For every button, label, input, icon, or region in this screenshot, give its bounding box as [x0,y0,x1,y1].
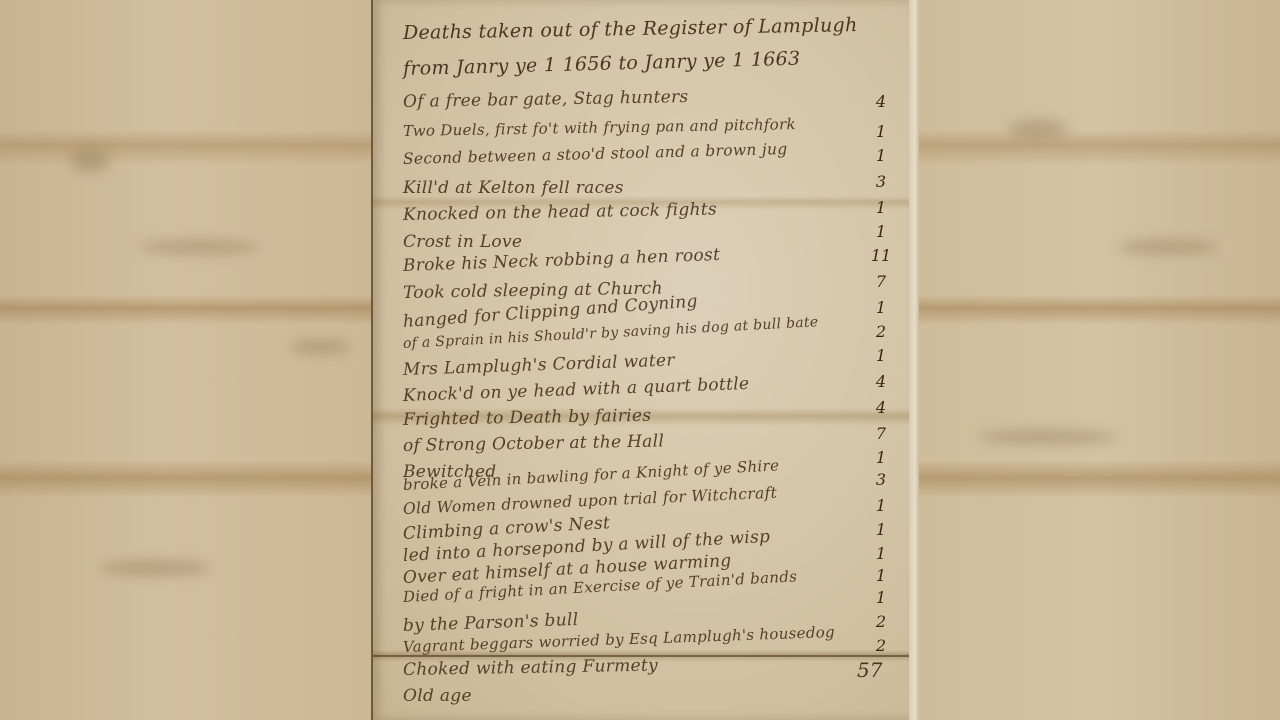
entry-text: Old age [403,686,472,706]
entry-count: 1 [869,496,893,515]
entry-count: 1 [869,146,893,165]
blur-smudge [1118,240,1218,254]
blur-smudge [100,560,210,576]
entry-text: Kill'd at Kelton fell races [403,178,624,198]
entry-count: 4 [869,92,893,111]
entry-text: Frighted to Death by fairies [403,406,652,430]
entry-count: 1 [869,588,893,607]
entry-count: 4 [869,372,893,391]
blurred-background-left [0,0,372,720]
blur-smudge [978,430,1118,444]
manuscript-page: Deaths taken out of the Register of Lamp… [371,0,911,720]
entry-text: Mrs Lamplugh's Cordial water [403,351,675,380]
blur-smudge [290,340,350,354]
entry-text: Second between a stoo'd stool and a brow… [403,140,788,168]
entry-text: of Strong October at the Hall [403,431,664,456]
entry-count: 4 [869,398,893,417]
entry-text: Choked with eating Furmety [403,656,658,680]
blur-smudge [140,240,260,254]
entry-count: 1 [869,448,893,467]
entry-count: 2 [869,322,893,341]
entry-count: 11 [869,246,893,265]
entry-count: 3 [869,172,893,191]
entry-count: 2 [869,636,893,655]
blur-smudge [1008,120,1068,138]
entry-count: 1 [869,222,893,241]
entry-count: 1 [869,298,893,317]
entry-count: 3 [869,470,893,489]
blur-smudge [70,150,110,172]
manuscript-edge [909,0,919,720]
total-count: 57 [857,658,882,682]
entry-count: 7 [869,424,893,443]
entry-text: Knocked on the head at cock fights [403,200,717,225]
entry-count: 7 [869,272,893,291]
blurred-background-right [918,0,1280,720]
entry-count: 1 [869,566,893,585]
entry-count: 1 [869,544,893,563]
entry-count: 1 [869,346,893,365]
entry-count: 1 [869,198,893,217]
entry-text: Two Duels, first fo't with frying pan an… [403,115,796,140]
entry-count: 1 [869,122,893,141]
entry-text: Knock'd on ye head with a quart bottle [403,374,750,406]
entry-text: Of a free bar gate, Stag hunters [403,87,689,112]
title-line-2: from Janry ye 1 1656 to Janry ye 1 1663 [403,48,801,80]
entry-count: 1 [869,520,893,539]
title-line-1: Deaths taken out of the Register of Lamp… [403,14,858,44]
entry-count: 2 [869,612,893,631]
entry-text: Crost in Love [403,232,522,252]
document-viewer: Deaths taken out of the Register of Lamp… [0,0,1280,720]
